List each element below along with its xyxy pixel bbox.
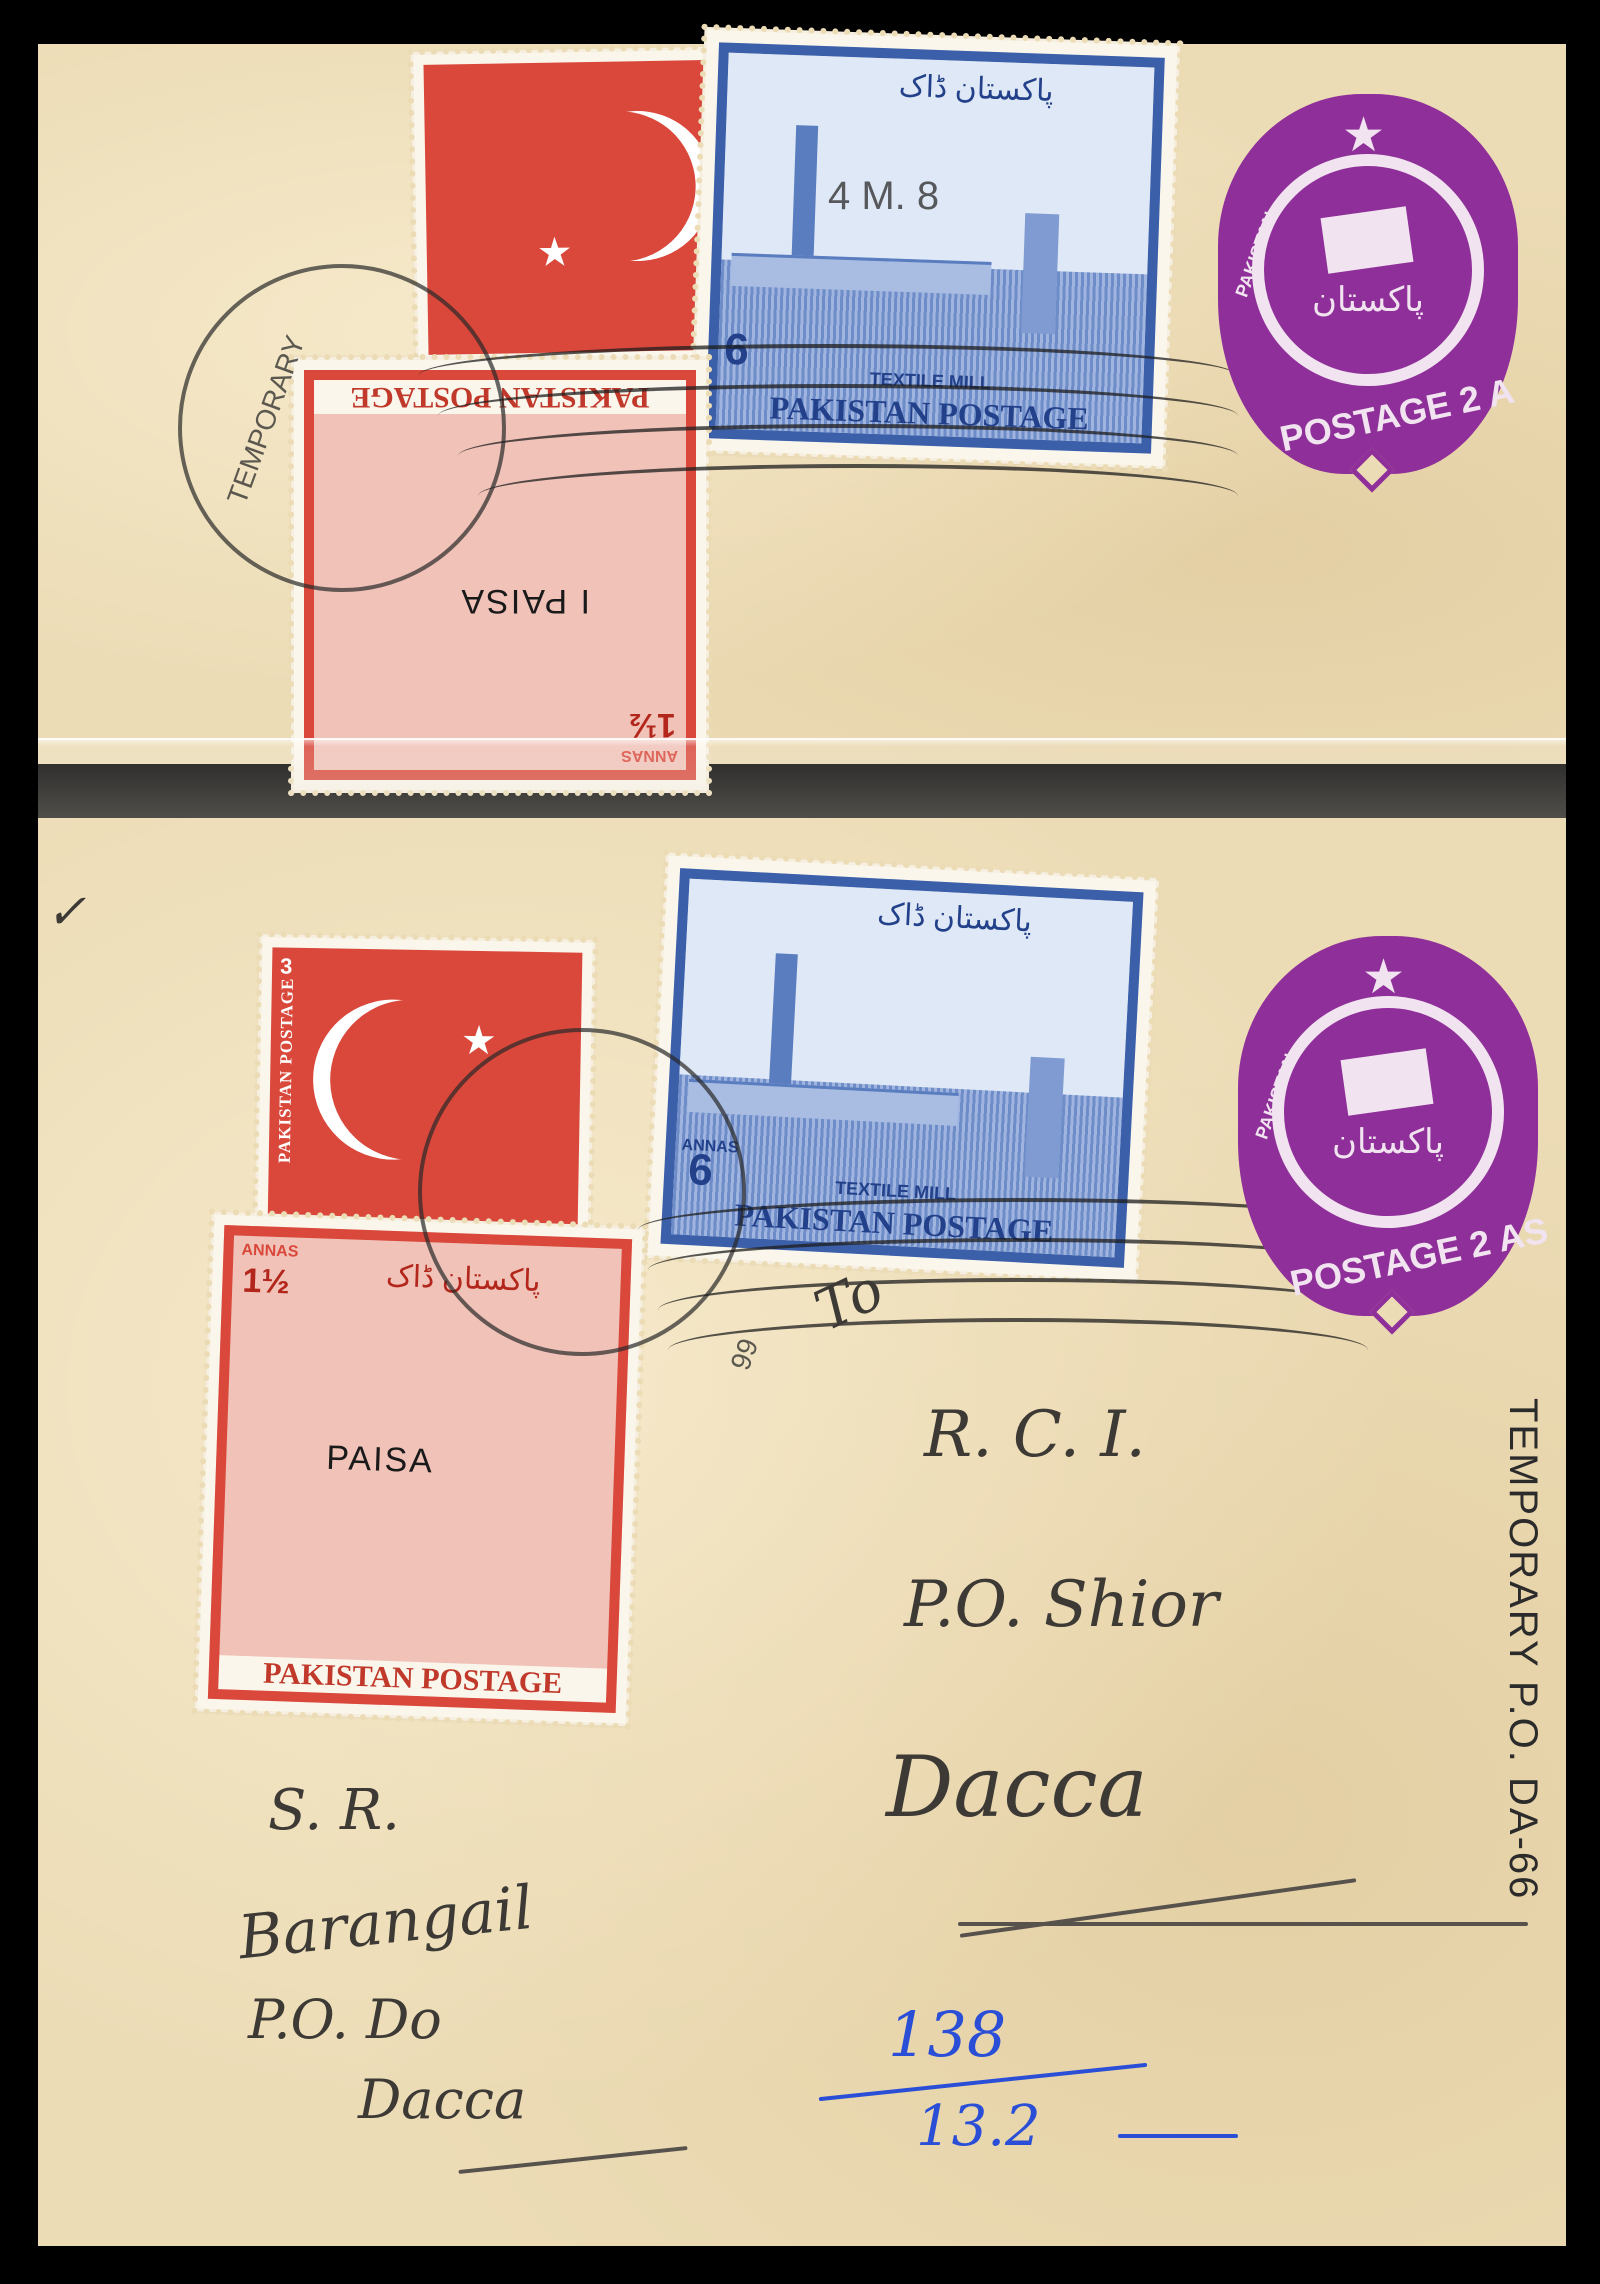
postmark-date: 4 M. 8 <box>828 174 939 219</box>
overprint: PAISA <box>326 1439 435 1482</box>
unit-label: ANNAS <box>241 1242 298 1262</box>
sender-line: P.O. Do <box>248 1988 442 2051</box>
denomination: 1½ <box>242 1262 291 1303</box>
star-icon: ★ <box>536 232 573 273</box>
sender-line: S. R. <box>268 1778 400 1843</box>
top-envelope: ★ PAKISTAN POSTAGE 3 پاکستان ڈاک 6 TEXTI… <box>38 44 1566 764</box>
address-line: R. C. I. <box>924 1398 1146 1472</box>
address-line: P.O. Shior <box>904 1568 1219 1642</box>
checkmark: ✓ <box>46 884 86 940</box>
urdu-legend: پاکستان ڈاک <box>898 69 1054 109</box>
star-icon: ★ <box>1342 112 1385 160</box>
postage-indicium-top: ★ پاکستان PAKISTAN POSTAGE 2 A <box>1218 94 1518 474</box>
pencil-note-numerator: 138 <box>888 1998 1006 2071</box>
pencil-note-denominator: 13.2 <box>916 2094 1041 2159</box>
album-sleeve-edge <box>38 738 1566 822</box>
sender-line: Barangail <box>235 1873 536 1974</box>
stamp-legend: PAKISTAN POSTAGE <box>275 977 298 1163</box>
bottom-envelope: ✓ ★ PAKISTAN POSTAGE 3 پاکستان ڈاک ANNAS… <box>38 818 1566 2246</box>
postage-indicium-bottom: ★ پاکستان PAKISTAN POSTAGE 2 AS <box>1238 936 1538 1316</box>
indicium-urdu: پاکستان <box>1298 280 1438 320</box>
temporary-po-cancel: TEMPORARY P.O. DA-66 <box>1500 1398 1545 1900</box>
overprint: I PAISA <box>459 581 590 620</box>
star-icon: ★ <box>1362 954 1405 1002</box>
circular-postmark <box>178 264 506 592</box>
denomination: 3 <box>280 953 293 979</box>
indicium-urdu: پاکستان <box>1318 1122 1458 1162</box>
flag-icon <box>1321 206 1414 273</box>
sender-line: Dacca <box>358 2068 526 2131</box>
flag-icon <box>1341 1048 1434 1115</box>
address-line: Dacca <box>886 1738 1148 1836</box>
stamp-legend: PAKISTAN POSTAGE <box>218 1655 607 1703</box>
